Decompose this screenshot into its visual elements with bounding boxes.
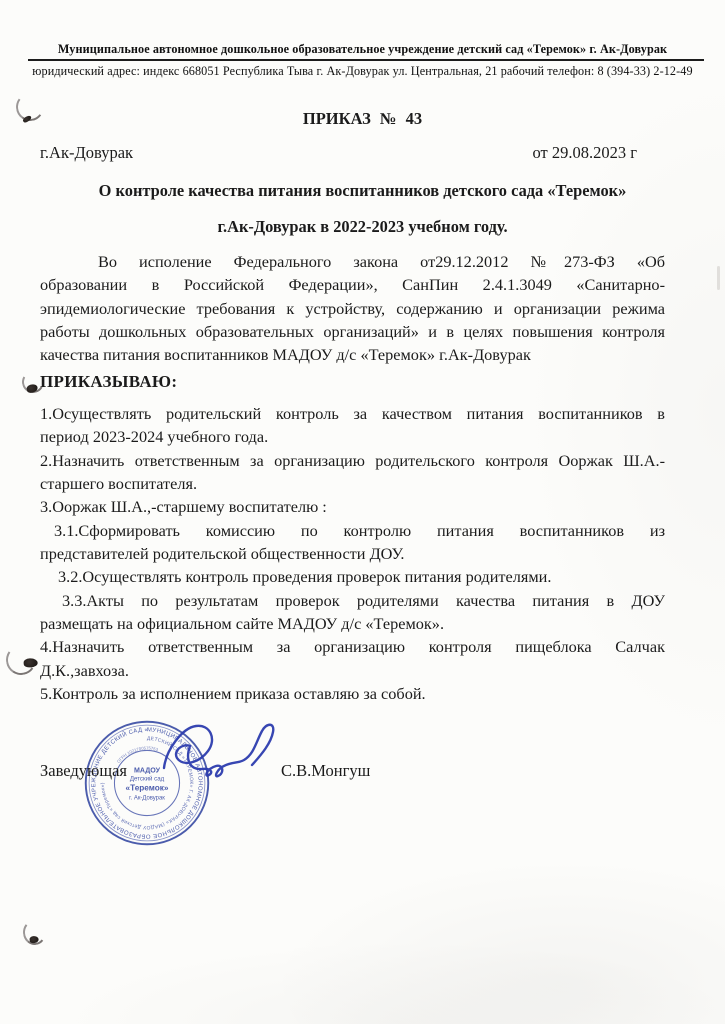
punch-mark-bottom [22,919,47,946]
order-preamble: Во исполение Федерального закона от29.12… [40,250,665,367]
order-subject-line2: г.Ак-Довурак в 2022-2023 учебном году. [0,217,725,237]
order-items: 1.Осуществлять родительский контроль за … [40,402,665,705]
order-item-line: представителей родительской общественнос… [40,542,665,565]
order-item-line: старшего воспитателя. [40,472,665,495]
order-item-line: 5.Контроль за исполнением приказа оставл… [40,682,665,705]
order-item-line: 3.2.Осуществлять контроль проведения про… [40,565,665,588]
preamble-line: Во исполение Федерального закона от29.12… [40,250,665,273]
order-item-line: 2.Назначить ответственным за организацию… [40,449,665,472]
org-address: юридический адрес: индекс 668051 Республ… [0,64,725,79]
order-item-line: размещать на официальном сайте МАДОУ д/с… [40,612,665,635]
preamble-line: качества питания воспитанников МАДОУ д/с… [40,343,665,366]
order-subject-line1: О контроле качества питания воспитаннико… [0,181,725,201]
order-date: от 29.08.2023 г [532,143,637,163]
preamble-line: образовании в Российской Федерации», Сан… [40,273,665,296]
order-item-line: 3.1.Сформировать комиссию по контролю пи… [40,519,665,542]
org-name: Муниципальное автономное дошкольное обра… [0,42,725,57]
preamble-line: эпидемиологические требования к устройст… [40,297,665,320]
scanned-order-document: Муниципальное автономное дошкольное обра… [0,0,725,1024]
order-item-line: 4.Назначить ответственным за организацию… [40,635,665,658]
order-title: ПРИКАЗ № 43 [0,109,725,129]
decree-word: ПРИКАЗЫВАЮ: [40,372,177,392]
order-item-line: Д.К.,завхоза. [40,659,665,682]
city-date-row: г.Ак-Довурак от 29.08.2023 г [40,143,637,163]
signature-role: Заведующая [40,761,127,781]
ink-blot-item4 [4,643,39,678]
handwritten-signature [138,712,298,807]
order-item-line: 3.Ооржак Ш.А.,-старшему воспитателю : [40,495,665,518]
letterhead-divider [28,59,704,61]
preamble-line: работы дошкольных образовательных органи… [40,320,665,343]
order-item-line: 1.Осуществлять родительский контроль за … [40,402,665,425]
order-item-line: период 2023-2024 учебного года. [40,425,665,448]
scan-artifact [717,266,720,290]
order-item-line: 3.3.Акты по результатам проверок родител… [40,589,665,612]
order-city: г.Ак-Довурак [40,143,133,163]
